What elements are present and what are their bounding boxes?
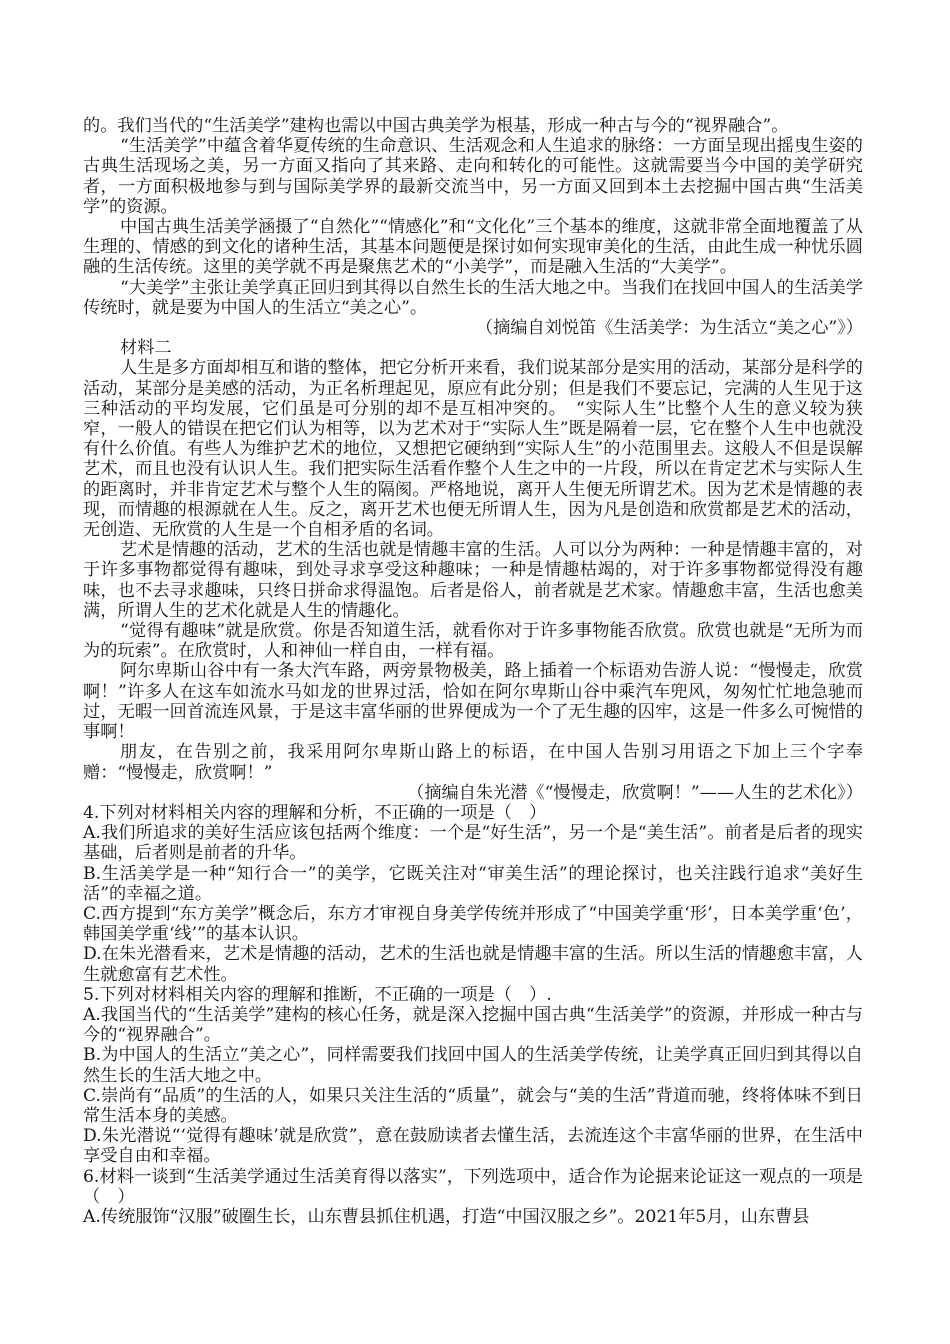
material-one-paragraph: 中国古典生活美学涵摄了“自然化”“情感化”和“文化化”三个基本的维度，这就非常全… (83, 217, 863, 278)
question-6-stem: 6.材料一谈到“生活美学通过生活美育得以落实”，下列选项中，适合作为论据来论证这… (83, 1167, 863, 1207)
material-one-attribution: （摘编自刘悦笛《生活美学：为生活立“美之心”》） (83, 318, 863, 338)
question-5-stem: 5.下列对材料相关内容的理解和推断，不正确的一项是（ ）. (83, 985, 863, 1005)
material-one-continuation-paragraph: 的。我们当代的“生活美学”建构也需以中国古典美学为根基，形成一种古与今的“视界融… (83, 116, 863, 136)
material-two-heading: 材料二 (83, 338, 863, 358)
material-one-paragraph: “大美学”主张让美学真正回归到其得以自然生长的生活大地之中。当我们在找回中国人的… (83, 278, 863, 318)
material-two-attribution: （摘编自朱光潜《“慢慢走，欣赏啊！”——人生的艺术化》） (83, 783, 863, 803)
question-4-option-b: B.生活美学是一种“知行合一”的美学，它既关注对“审美生活”的理论探讨，也关注践… (83, 864, 863, 904)
question-6-option-a: A.传统服饰“汉服”破圈生长，山东曹县抓住机遇，打造“中国汉服之乡”。2021年… (83, 1207, 863, 1227)
material-two-paragraph: 艺术是情趣的活动，艺术的生活也就是情趣丰富的生活。人可以分为两种：一种是情趣丰富… (83, 540, 863, 621)
document-page: 的。我们当代的“生活美学”建构也需以中国古典美学为根基，形成一种古与今的“视界融… (83, 116, 863, 1227)
question-4-option-a: A.我们所追求的美好生活应该包括两个维度：一个是“好生活”，另一个是“美生活”。… (83, 823, 863, 863)
material-two-paragraph: 朋友，在告别之前，我采用阿尔卑斯山路上的标语，在中国人告别习用语之下加上三个字奉… (83, 742, 863, 782)
material-two-paragraph: 人生是多方面却相互和谐的整体，把它分析开来看，我们说某部分是实用的活动，某部分是… (83, 358, 863, 540)
material-two-paragraph: 阿尔卑斯山谷中有一条大汽车路，两旁景物极美，路上插着一个标语劝告游人说：“慢慢走… (83, 661, 863, 742)
material-one-paragraph: “生活美学”中蕴含着华夏传统的生命意识、生活观念和人生追求的脉络：一方面呈现出摇… (83, 136, 863, 217)
question-5-option-c: C.崇尚有“品质”的生活的人，如果只关注生活的“质量”，就会与“美的生活”背道而… (83, 1086, 863, 1126)
material-two-paragraph: “觉得有趣味”就是欣赏。你是否知道生活，就看你对于许多事物能否欣赏。欣赏也就是“… (83, 621, 863, 661)
question-5-option-a: A.我国当代的“生活美学”建构的核心任务，就是深入挖掘中国古典“生活美学”的资源… (83, 1005, 863, 1045)
question-4-option-c: C.西方提到“东方美学”概念后，东方才审视自身美学传统并形成了“中国美学重‘形’… (83, 904, 863, 944)
question-4-option-d: D.在朱光潜看来，艺术是情趣的活动，艺术的生活也就是情趣丰富的生活。所以生活的情… (83, 944, 863, 984)
question-5-option-b: B.为中国人的生活立“美之心”，同样需要我们找回中国人的生活美学传统，让美学真正… (83, 1045, 863, 1085)
question-4-stem: 4.下列对材料相关内容的理解和分析，不正确的一项是（ ） (83, 803, 863, 823)
question-5-option-d: D.朱光潜说“‘觉得有趣味’就是欣赏”，意在鼓励读者去懂生活，去流连这个丰富华丽… (83, 1126, 863, 1166)
